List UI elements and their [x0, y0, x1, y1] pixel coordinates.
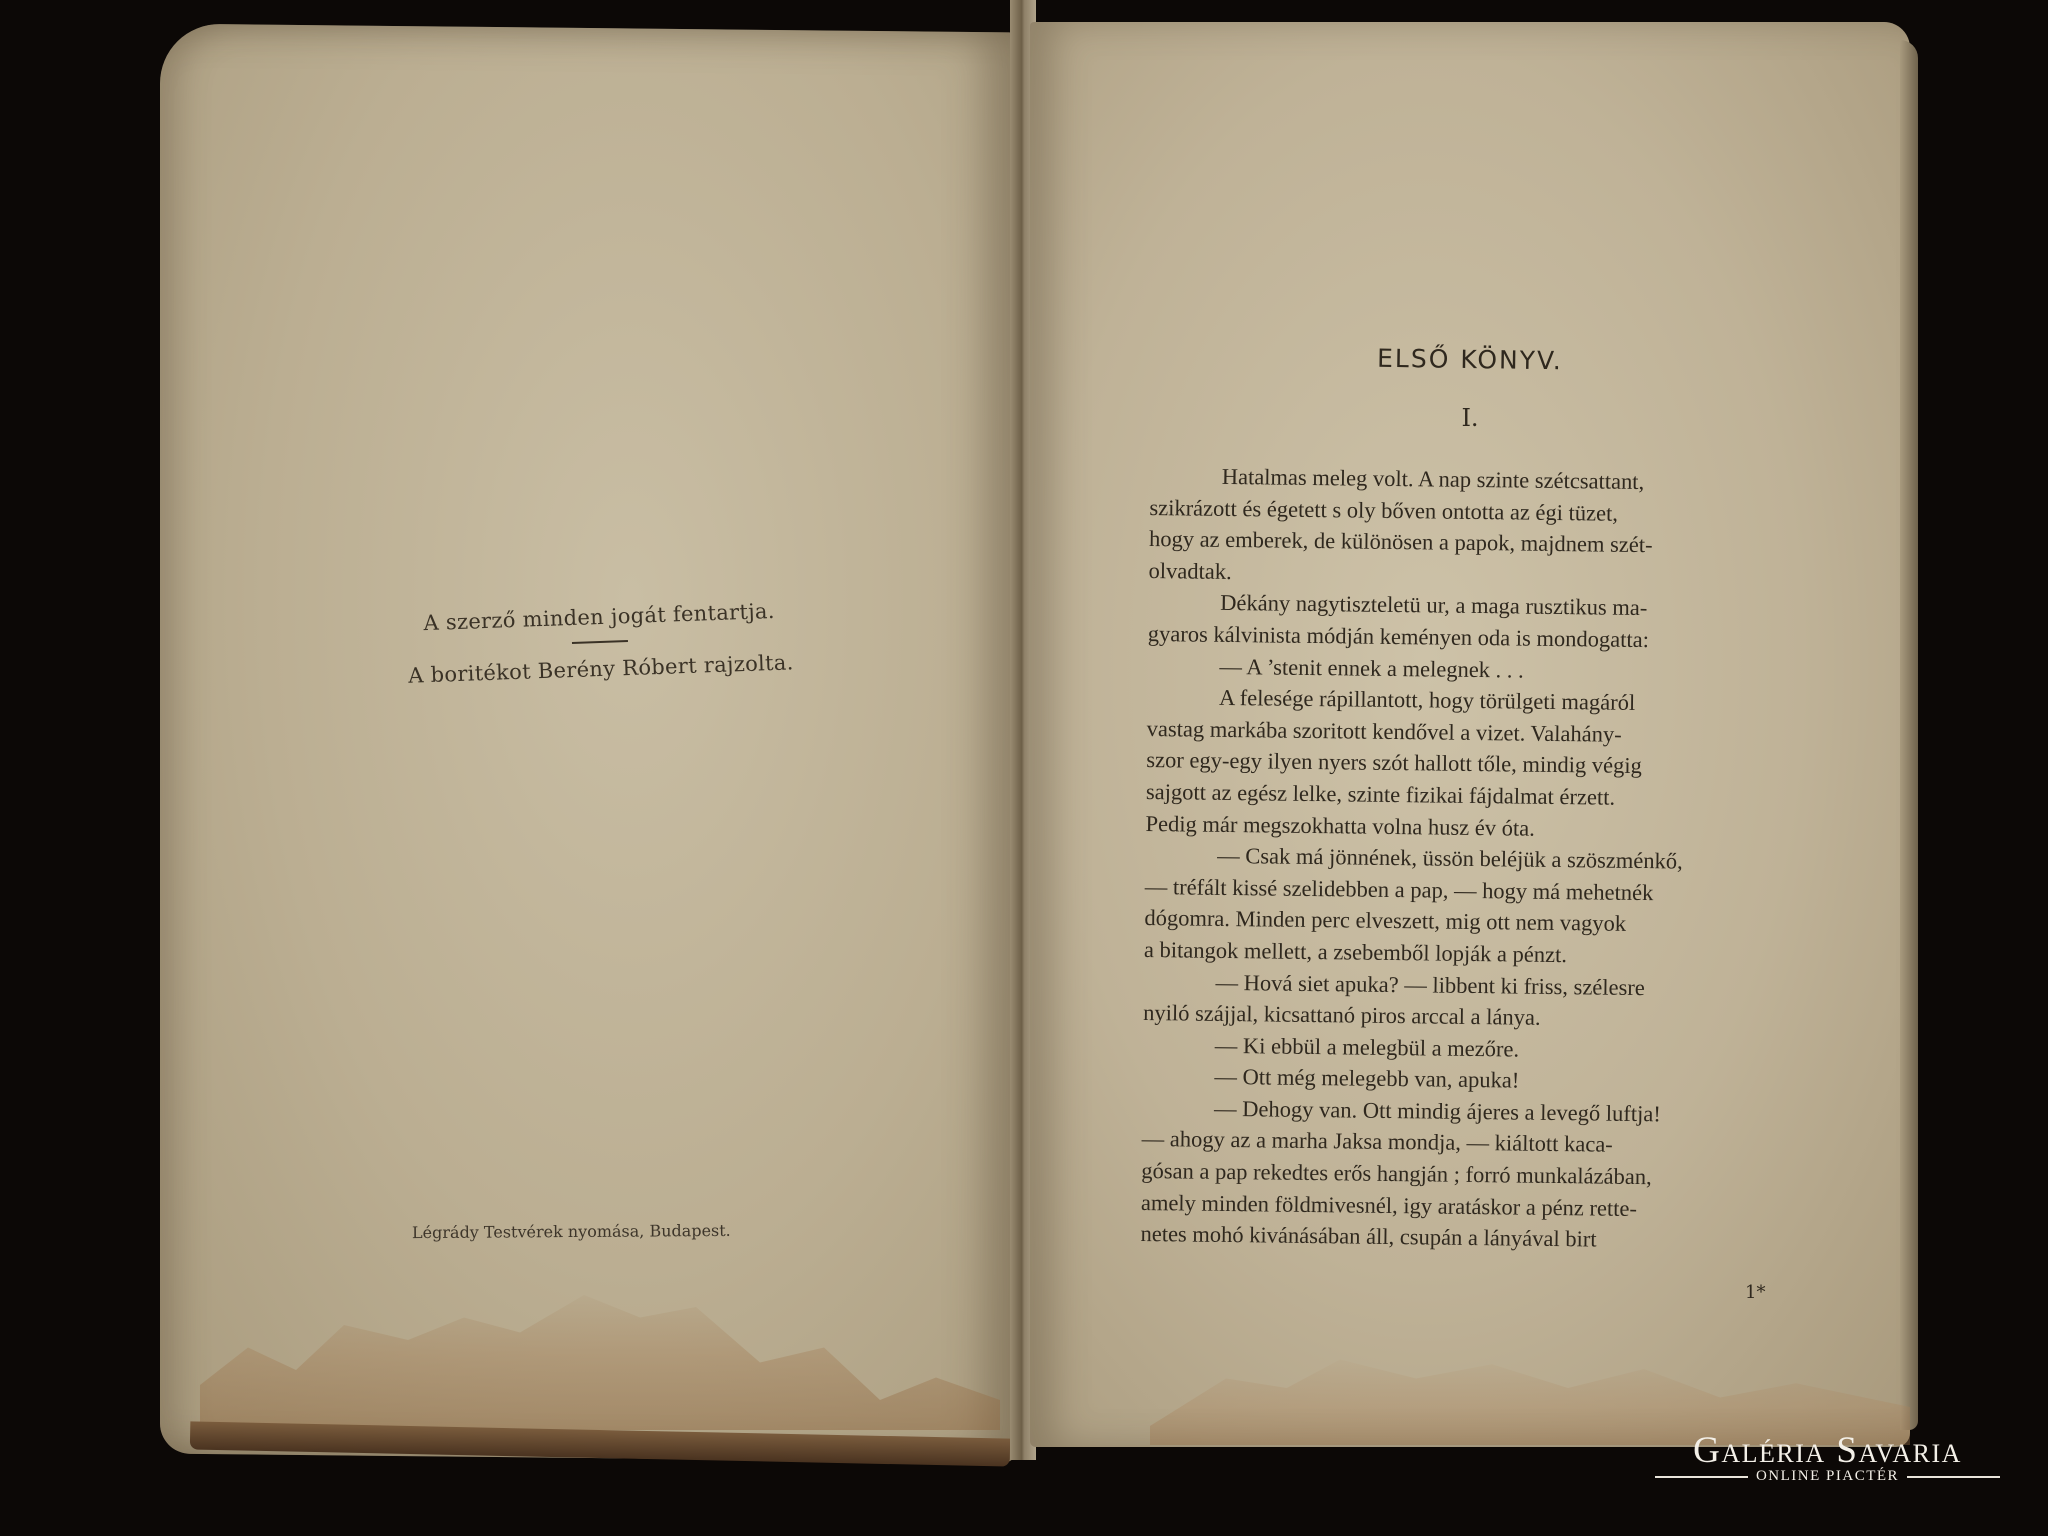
chapter-number: I. [1150, 404, 1790, 432]
colophon: A szerző minden jogát fentartja. A borit… [389, 598, 811, 689]
signature-mark: 1* [1745, 1282, 1765, 1303]
watermark-rule-right [1907, 1476, 2000, 1478]
watermark-rule-left [1655, 1476, 1748, 1478]
colophon-divider [572, 640, 628, 644]
chapter-block: ELSŐ KÖNYV. I. Hatalmas meleg volt. A na… [1150, 345, 1790, 1250]
body-text: Hatalmas meleg volt. A nap szinte szétcs… [1140, 460, 1790, 1258]
book-photo: A szerző minden jogát fentartja. A borit… [0, 0, 2048, 1536]
watermark-logo: Galéria Savaria ONLINE PIACTÉR [1655, 1432, 2000, 1485]
left-page [160, 24, 1015, 1463]
right-page-edge [1900, 40, 1918, 1430]
book-title: ELSŐ KÖNYV. [1150, 341, 1790, 379]
watermark-subtitle: ONLINE PIACTÉR [1756, 1468, 1899, 1485]
watermark-title: Galéria Savaria [1655, 1432, 2000, 1470]
printer-imprint: Légrády Testvérek nyomása, Budapest. [412, 1221, 731, 1242]
